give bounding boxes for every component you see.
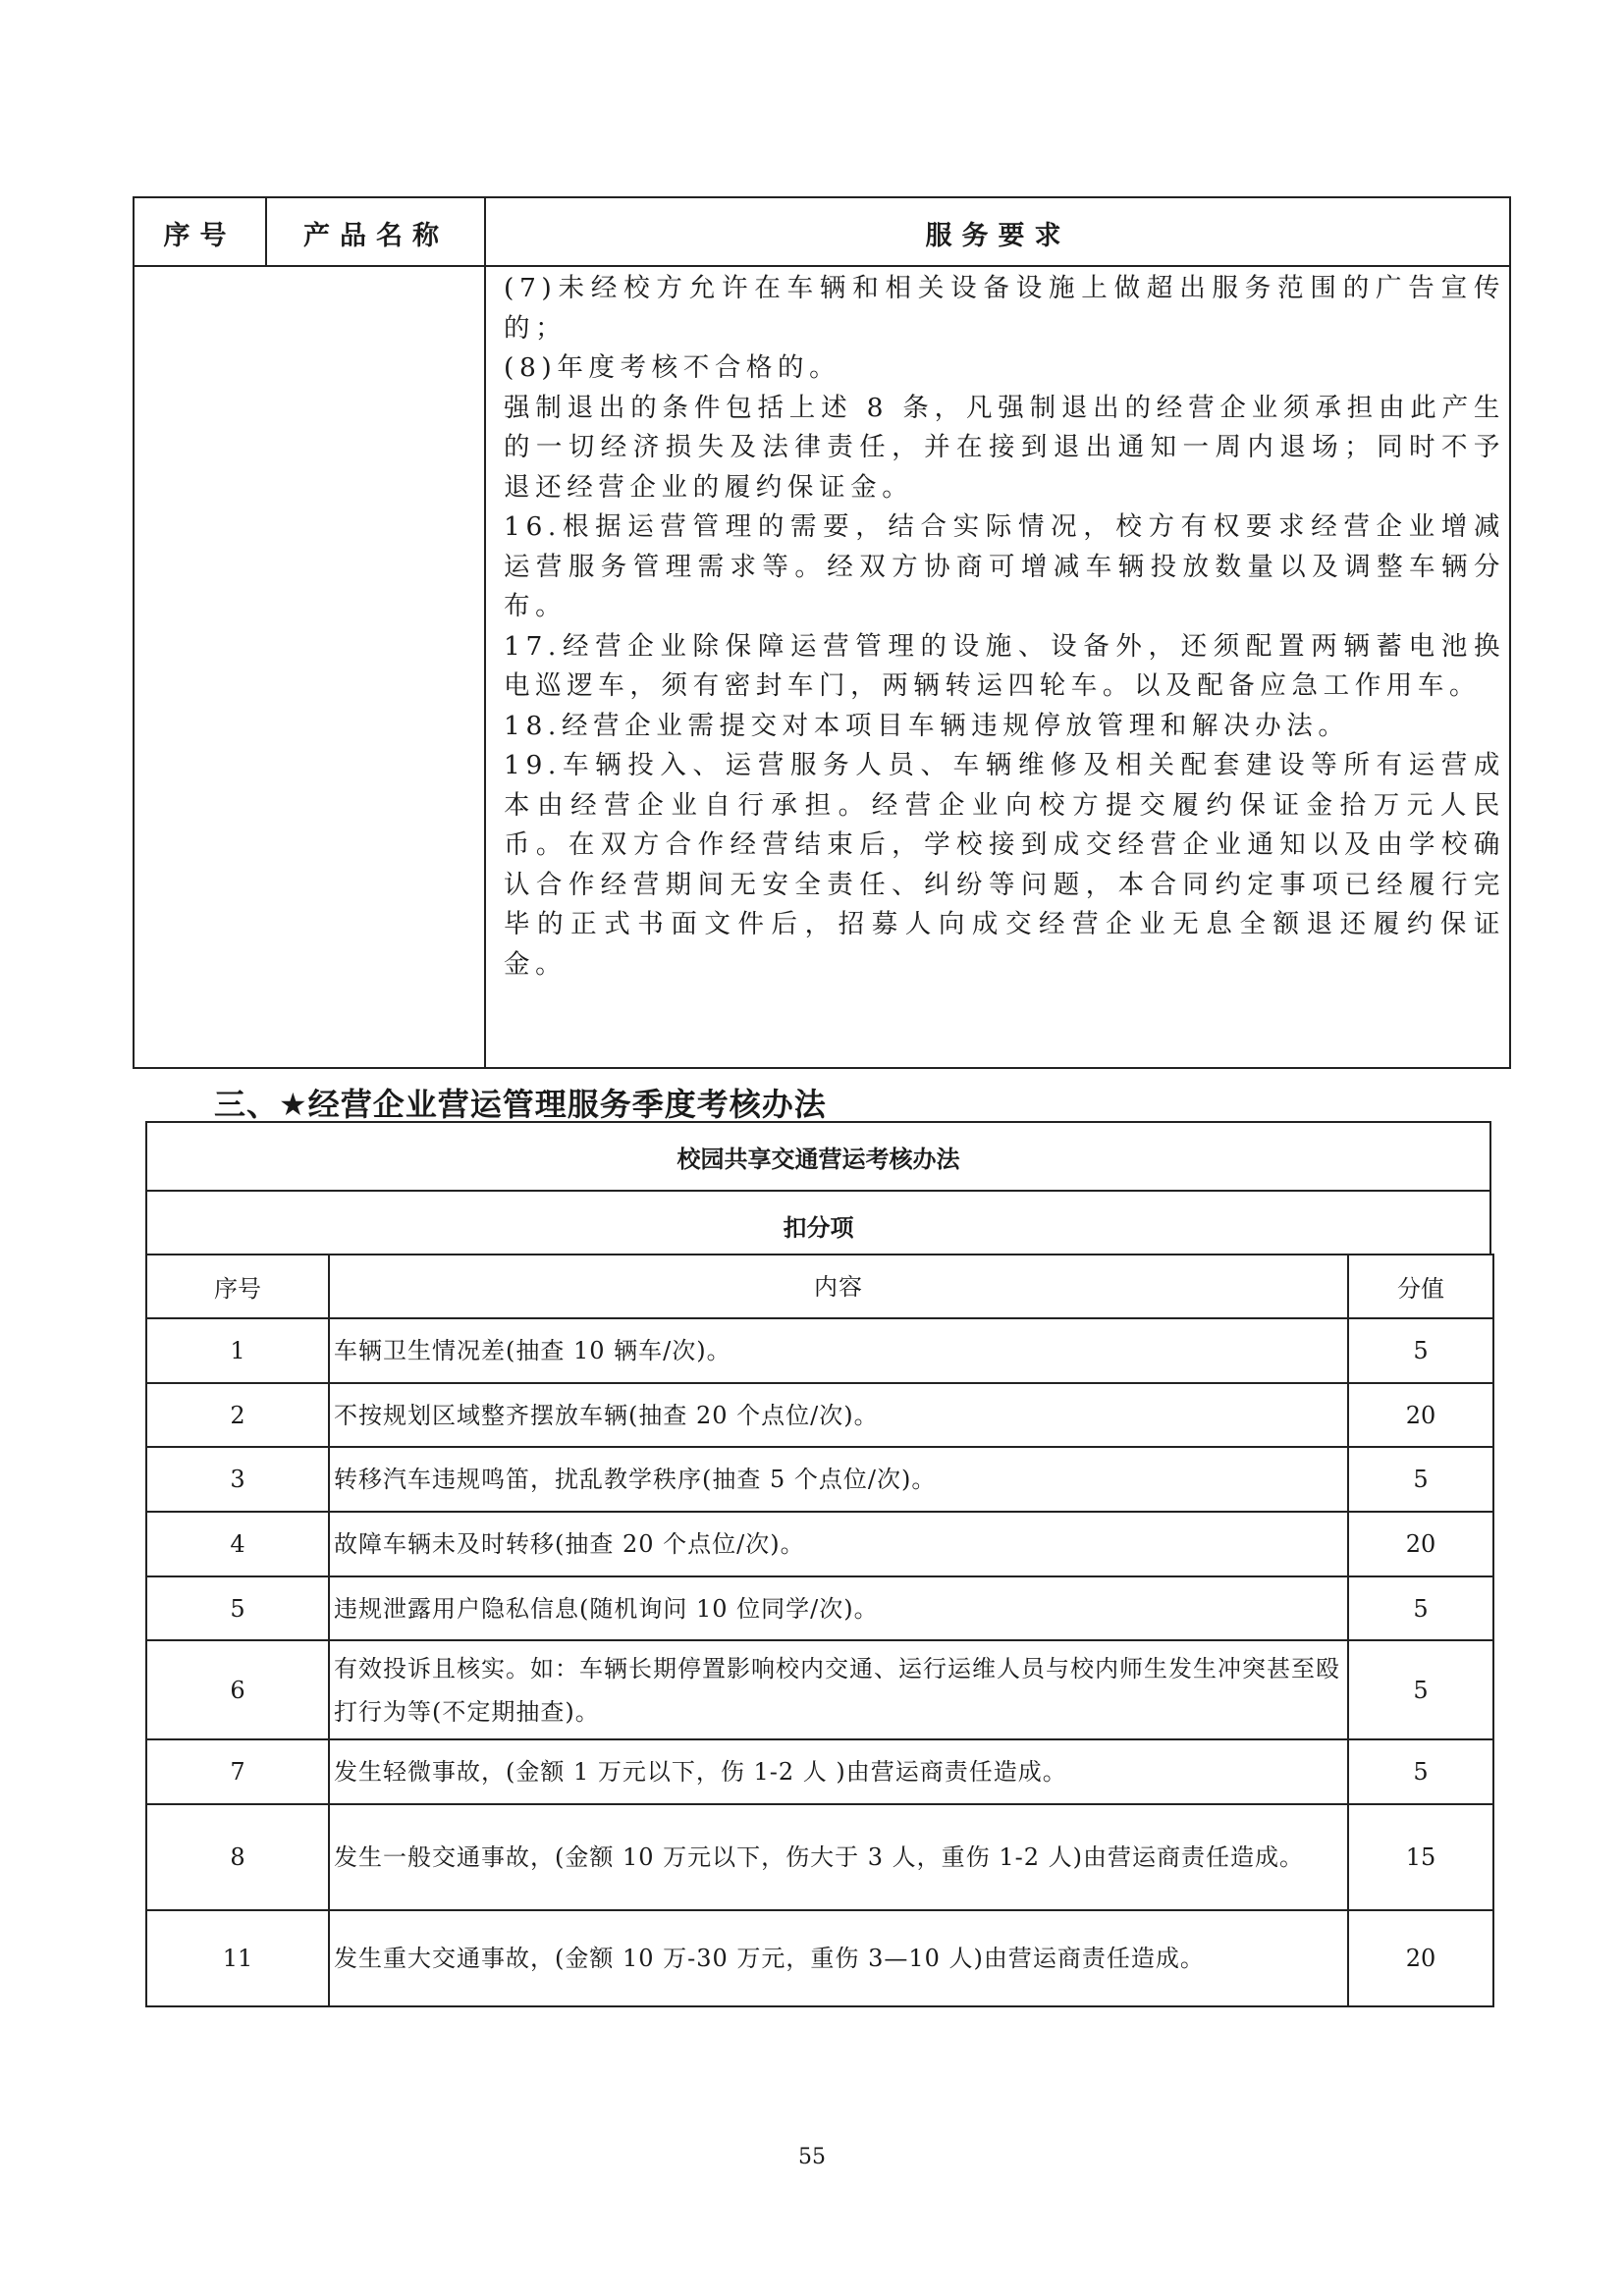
requirement-paragraph: 18.经营企业需提交对本项目车辆违规停放管理和解决办法。 [504, 707, 1505, 747]
row-score: 20 [1348, 1383, 1493, 1447]
header-divider [135, 265, 1509, 267]
row-number: 3 [146, 1447, 329, 1512]
header-score: 分值 [1348, 1255, 1493, 1318]
requirement-paragraph: 17.经营企业除保障运营管理的设施、设备外，还须配置两辆蓄电池换电巡逻车，须有密… [504, 627, 1505, 707]
requirement-paragraph: (8)年度考核不合格的。 [504, 348, 1505, 389]
row-score: 15 [1348, 1804, 1493, 1910]
row-score: 5 [1348, 1318, 1493, 1383]
row-content: 不按规划区域整齐摆放车辆(抽查 20 个点位/次)。 [329, 1383, 1348, 1447]
assessment-table-caption: 校园共享交通营运考核办法 扣分项 [145, 1121, 1491, 1255]
row-content: 发生轻微事故，(金额 1 万元以下，伤 1-2 人 )由营运商责任造成。 [329, 1739, 1348, 1804]
header-service-requirements: 服务要求 [487, 198, 1509, 267]
table-row: 5 违规泄露用户隐私信息(随机询问 10 位同学/次)。 5 [146, 1576, 1493, 1640]
row-number: 6 [146, 1640, 329, 1739]
assessment-table-title: 校园共享交通营运考核办法 [147, 1123, 1489, 1190]
table-row: 6 有效投诉且核实。如：车辆长期停置影响校内交通、运行运维人员与校内师生发生冲突… [146, 1640, 1493, 1739]
row-number: 5 [146, 1576, 329, 1640]
row-score: 5 [1348, 1640, 1493, 1739]
row-score: 20 [1348, 1512, 1493, 1576]
row-score: 5 [1348, 1447, 1493, 1512]
header-content: 内容 [329, 1255, 1348, 1318]
row-number: 2 [146, 1383, 329, 1447]
table-row: 8 发生一般交通事故，(金额 10 万元以下，伤大于 3 人，重伤 1-2 人)… [146, 1804, 1493, 1910]
service-requirements-cell: (7)未经校方允许在车辆和相关设备设施上做超出服务范围的广告宣传的； (8)年度… [494, 269, 1505, 985]
requirement-paragraph: 强制退出的条件包括上述 8 条，凡强制退出的经营企业须承担由此产生的一切经济损失… [504, 389, 1505, 508]
column-divider [484, 198, 486, 1067]
header-serial-no: 序号 [135, 198, 265, 267]
row-score: 5 [1348, 1576, 1493, 1640]
row-content: 发生一般交通事故，(金额 10 万元以下，伤大于 3 人，重伤 1-2 人)由营… [329, 1804, 1348, 1910]
row-number: 7 [146, 1739, 329, 1804]
header-serial-no: 序号 [146, 1255, 329, 1318]
row-score: 5 [1348, 1739, 1493, 1804]
row-content: 发生重大交通事故，(金额 10 万-30 万元，重伤 3—10 人)由营运商责任… [329, 1910, 1348, 2006]
row-content: 车辆卫生情况差(抽查 10 辆车/次)。 [329, 1318, 1348, 1383]
row-number: 11 [146, 1910, 329, 2006]
requirement-paragraph: (7)未经校方允许在车辆和相关设备设施上做超出服务范围的广告宣传的； [504, 269, 1505, 348]
table-row: 7 发生轻微事故，(金额 1 万元以下，伤 1-2 人 )由营运商责任造成。 5 [146, 1739, 1493, 1804]
table-row: 4 故障车辆未及时转移(抽查 20 个点位/次)。 20 [146, 1512, 1493, 1576]
row-number: 8 [146, 1804, 329, 1910]
row-content: 违规泄露用户隐私信息(随机询问 10 位同学/次)。 [329, 1576, 1348, 1640]
table-row: 3 转移汽车违规鸣笛，扰乱教学秩序(抽查 5 个点位/次)。 5 [146, 1447, 1493, 1512]
table-row: 1 车辆卫生情况差(抽查 10 辆车/次)。 5 [146, 1318, 1493, 1383]
assessment-table-subtitle: 扣分项 [147, 1190, 1489, 1258]
table-row: 2 不按规划区域整齐摆放车辆(抽查 20 个点位/次)。 20 [146, 1383, 1493, 1447]
requirement-paragraph: 19.车辆投入、运营服务人员、车辆维修及相关配套建设等所有运营成本由经营企业自行… [504, 746, 1505, 985]
assessment-table: 序号 内容 分值 1 车辆卫生情况差(抽查 10 辆车/次)。 5 2 不按规划… [145, 1254, 1494, 2007]
row-number: 1 [146, 1318, 329, 1383]
header-product-name: 产品名称 [267, 198, 485, 267]
row-number: 4 [146, 1512, 329, 1576]
requirement-paragraph: 16.根据运营管理的需要，结合实际情况，校方有权要求经营企业增减运营服务管理需求… [504, 507, 1505, 627]
column-divider [265, 198, 267, 267]
page-number: 55 [0, 2145, 1624, 2169]
table-row: 11 发生重大交通事故，(金额 10 万-30 万元，重伤 3—10 人)由营运… [146, 1910, 1493, 2006]
section-heading: 三、★经营企业营运管理服务季度考核办法 [214, 1080, 827, 1125]
row-content: 转移汽车违规鸣笛，扰乱教学秩序(抽查 5 个点位/次)。 [329, 1447, 1348, 1512]
table-header-row: 序号 内容 分值 [146, 1255, 1493, 1318]
service-requirements-table: 序号 产品名称 服务要求 (7)未经校方允许在车辆和相关设备设施上做超出服务范围… [133, 196, 1511, 1069]
row-content: 故障车辆未及时转移(抽查 20 个点位/次)。 [329, 1512, 1348, 1576]
row-score: 20 [1348, 1910, 1493, 2006]
row-content: 有效投诉且核实。如：车辆长期停置影响校内交通、运行运维人员与校内师生发生冲突甚至… [329, 1640, 1348, 1739]
